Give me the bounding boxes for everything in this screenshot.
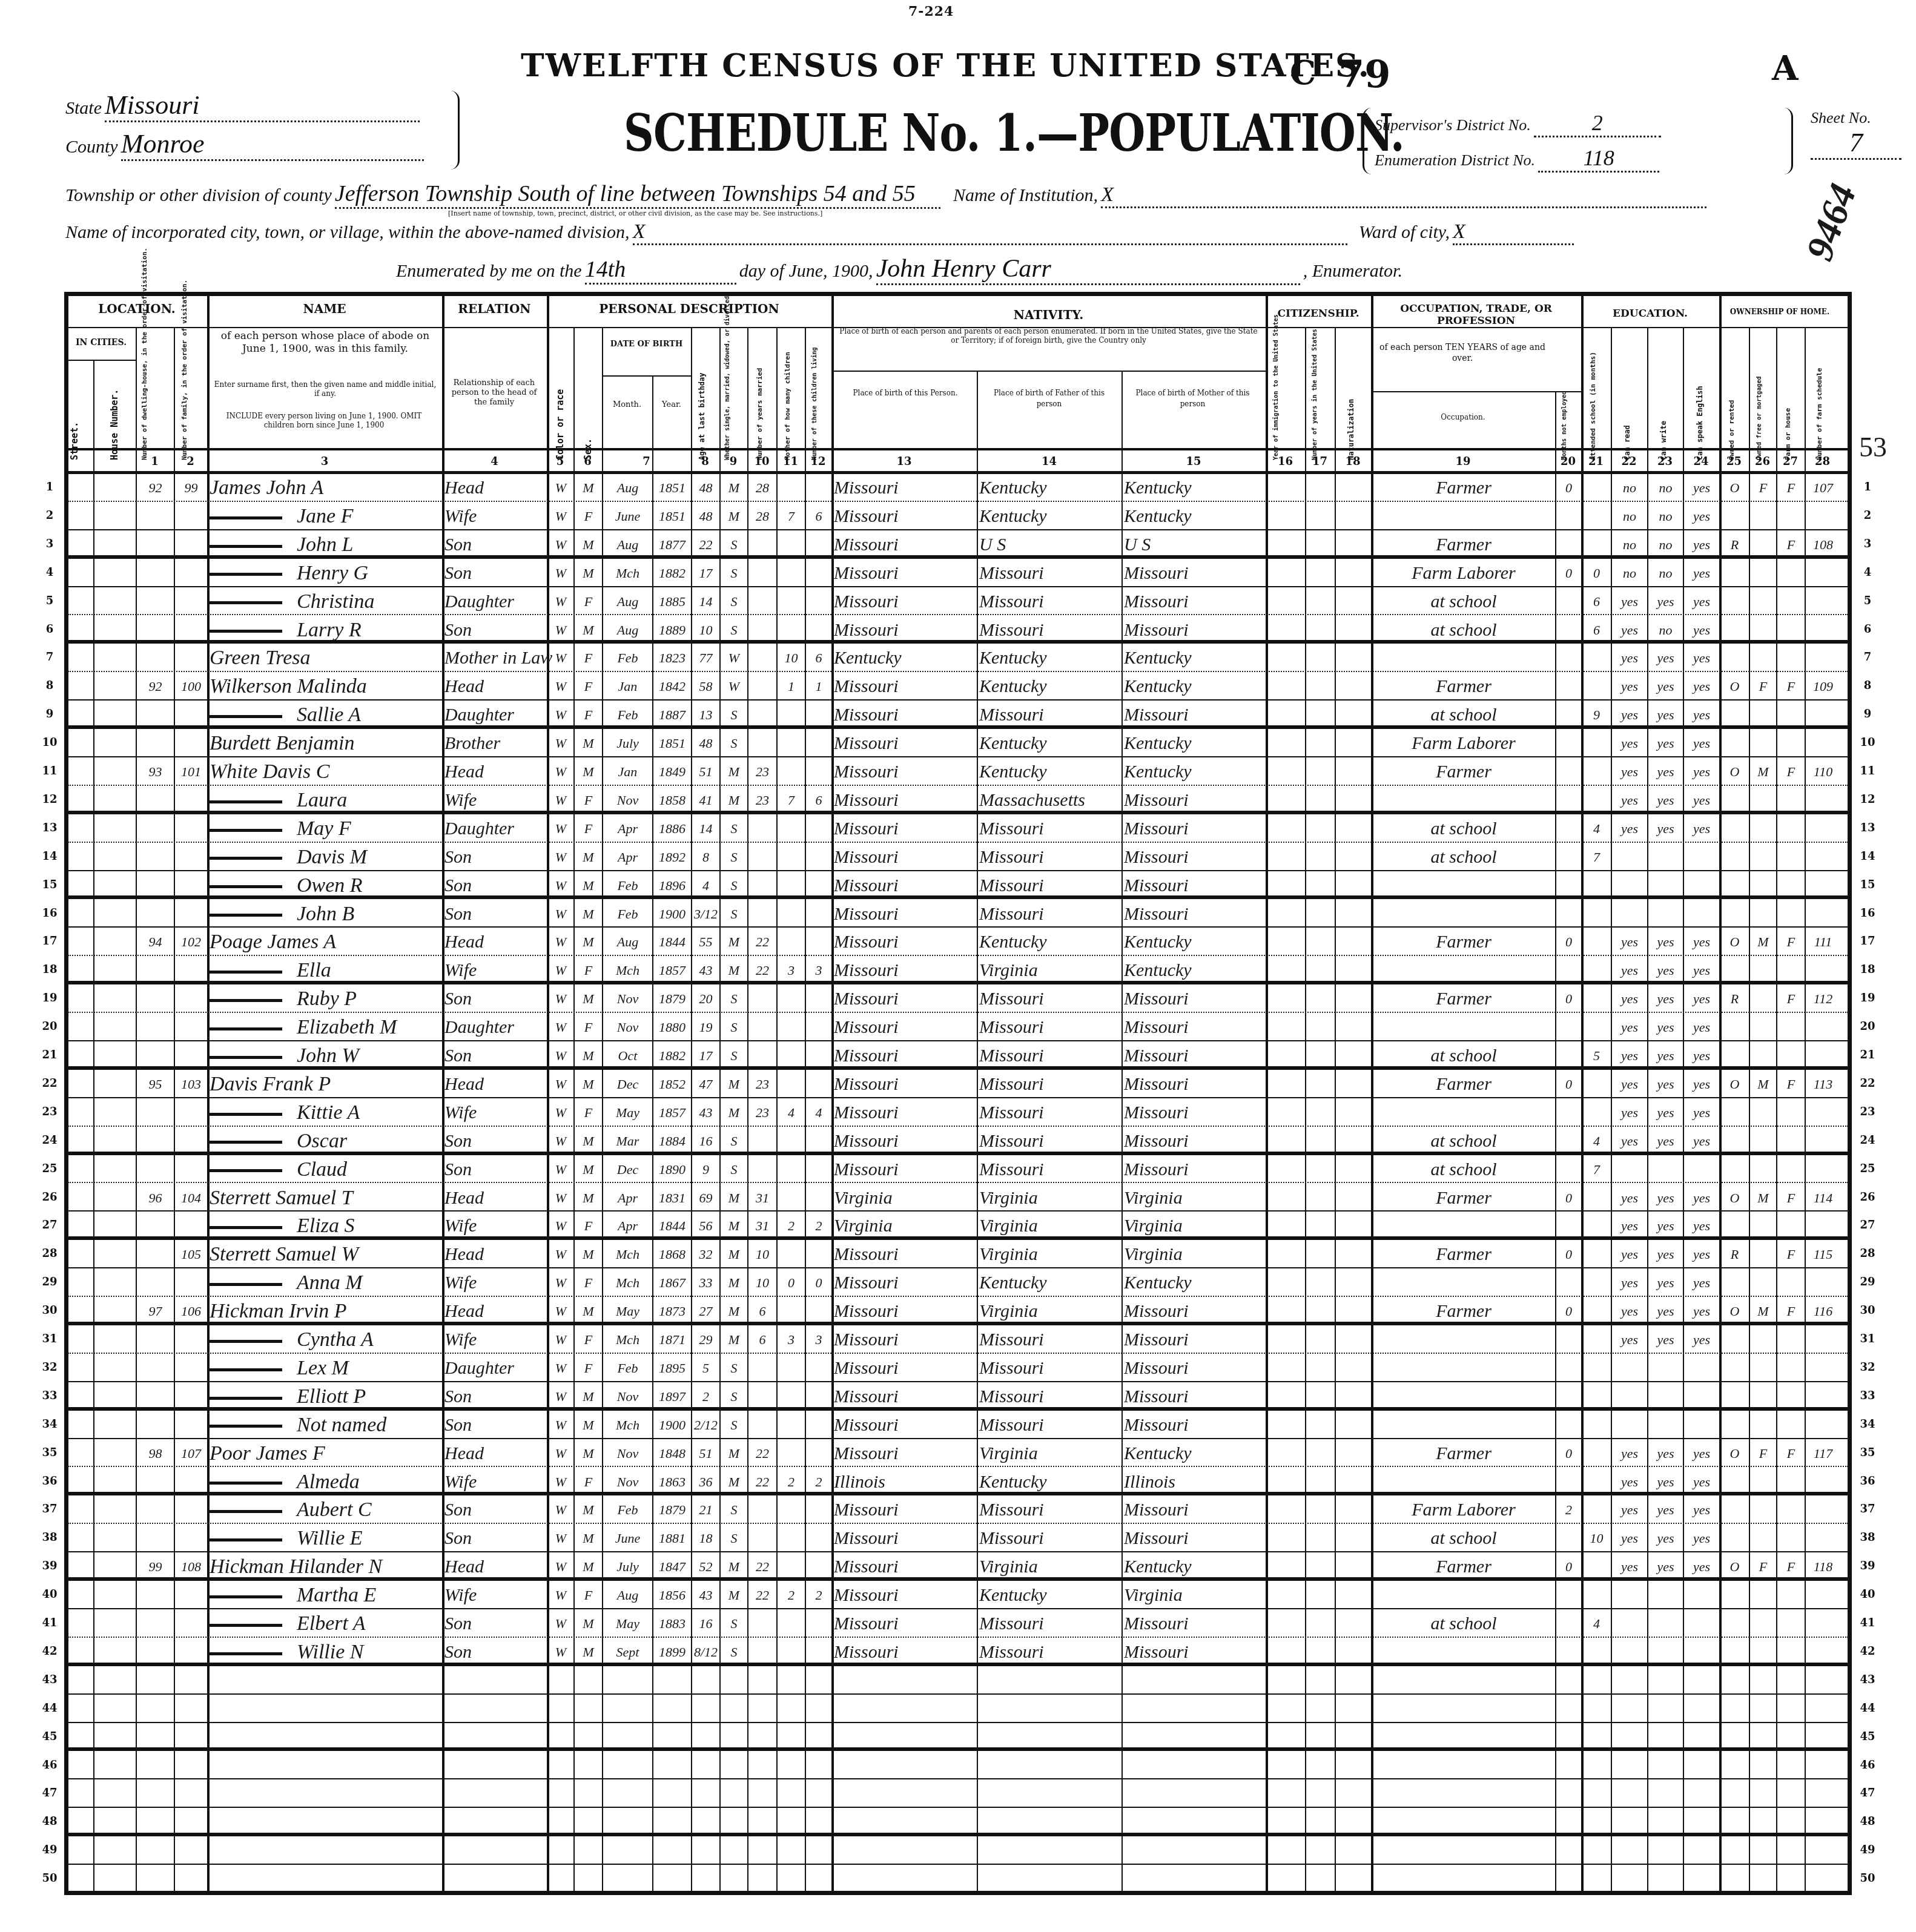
column-number: 10 xyxy=(747,455,776,468)
cell-mother: Virginia xyxy=(1124,1186,1264,1210)
cell-english: yes xyxy=(1685,731,1718,756)
cell-father: Missouri xyxy=(979,561,1120,585)
cell-farm: F xyxy=(1779,1242,1803,1267)
cell-birth: Missouri xyxy=(834,1101,976,1125)
cell-marital: S xyxy=(722,817,746,841)
cell-age: 16 xyxy=(693,1129,718,1153)
cell-year: 1900 xyxy=(655,902,690,926)
cell-sex: M xyxy=(576,930,601,954)
cell-father: Virginia xyxy=(979,1186,1120,1210)
cell-schedule xyxy=(1807,646,1839,670)
cell-color: W xyxy=(549,845,572,869)
surname-ditto-dash xyxy=(210,1027,282,1030)
table-row: EllaWifeWFMch185743M2233MissouriVirginia… xyxy=(68,956,1848,984)
cell-living xyxy=(807,902,830,926)
cell-occupation: Farmer xyxy=(1373,1186,1554,1210)
table-row: Willie ESonWMJune188118SMissouriMissouri… xyxy=(68,1524,1848,1552)
cell-sex: F xyxy=(576,504,601,529)
cell-years-married xyxy=(750,845,775,869)
cell-read: yes xyxy=(1613,987,1646,1011)
cell-family xyxy=(176,1356,206,1380)
cell-living xyxy=(807,1442,830,1466)
cell-write: yes xyxy=(1650,1101,1682,1125)
cell-schedule: 109 xyxy=(1807,674,1839,699)
cell-relation: Head xyxy=(444,674,546,699)
cell-marital: M xyxy=(722,1299,746,1324)
cell-english: yes xyxy=(1685,1214,1718,1238)
cell-father: Missouri xyxy=(979,618,1120,642)
naturalization-header: Naturalization xyxy=(1347,375,1355,460)
cell-living xyxy=(807,1413,830,1437)
cell-sex: M xyxy=(576,1072,601,1096)
cell-name: Elliott P xyxy=(210,1385,441,1409)
cell-read xyxy=(1613,1356,1646,1380)
cell-occupation: Farmer xyxy=(1373,1242,1554,1267)
cell-color: W xyxy=(549,1158,572,1182)
cell-school: 10 xyxy=(1584,1526,1610,1551)
cell-unemployed: 0 xyxy=(1558,1242,1580,1267)
cell-mother-of: 2 xyxy=(779,1214,804,1238)
cell-father: Kentucky xyxy=(979,476,1120,500)
person-name: Sallie A xyxy=(297,704,361,726)
cell-year: 1885 xyxy=(655,590,690,614)
cell-school xyxy=(1584,731,1610,756)
cell-mother: Virginia xyxy=(1124,1242,1264,1267)
cell-years-married xyxy=(750,590,775,614)
line-number-left: 7 xyxy=(38,651,62,664)
line-number-left: 41 xyxy=(38,1617,62,1629)
cell-farm xyxy=(1779,1214,1803,1238)
cell-farm xyxy=(1779,1498,1803,1522)
cell-write: yes xyxy=(1650,703,1682,727)
line-number-right: 39 xyxy=(1855,1560,1880,1572)
cell-farm xyxy=(1779,646,1803,670)
cell-farm xyxy=(1779,788,1803,813)
cell-father: Missouri xyxy=(979,1356,1120,1380)
cell-color: W xyxy=(549,1129,572,1153)
cell-name: Burdett Benjamin xyxy=(210,731,441,756)
cell-marital: M xyxy=(722,1271,746,1295)
cell-age: 33 xyxy=(693,1271,718,1295)
cell-father: Missouri xyxy=(979,845,1120,869)
person-name: Willie N xyxy=(297,1641,364,1663)
person-name: Elliott P xyxy=(297,1385,366,1408)
cell-write: yes xyxy=(1650,646,1682,670)
cell-unemployed xyxy=(1558,618,1580,642)
line-number-right: 26 xyxy=(1855,1191,1880,1204)
cell-relation: Wife xyxy=(444,1328,546,1352)
cell-english xyxy=(1685,1612,1718,1636)
cell-sex: M xyxy=(576,760,601,784)
cell-living xyxy=(807,1526,830,1551)
cell-farm xyxy=(1779,731,1803,756)
cell-birth: Missouri xyxy=(834,1498,976,1522)
cell-owned xyxy=(1722,1214,1748,1238)
table-row: 98107Poor James FHeadWMNov184851M22Misso… xyxy=(68,1439,1848,1468)
cell-english: yes xyxy=(1685,958,1718,983)
group-ownership: OWNERSHIP OF HOME. xyxy=(1719,308,1840,316)
line-number-left: 49 xyxy=(38,1844,62,1856)
cell-month: Aug xyxy=(604,1583,651,1607)
cell-father: Missouri xyxy=(979,1328,1120,1352)
cell-occupation xyxy=(1373,1385,1554,1409)
cell-schedule: 108 xyxy=(1807,533,1839,557)
empty-table-row xyxy=(68,1752,1848,1780)
cell-schedule: 114 xyxy=(1807,1186,1839,1210)
cell-read: yes xyxy=(1613,1101,1646,1125)
table-row: Willie NSonWMSept18998/12SMissouriMissou… xyxy=(68,1638,1848,1666)
cell-mother-of xyxy=(779,1498,804,1522)
cell-sex: M xyxy=(576,1299,601,1324)
cell-family: 106 xyxy=(176,1299,206,1324)
cell-owned xyxy=(1722,590,1748,614)
attended-school-header: Attended school (in months) xyxy=(1589,339,1597,460)
cell-occupation xyxy=(1373,1214,1554,1238)
cell-farm xyxy=(1779,561,1803,585)
cell-living xyxy=(807,476,830,500)
cell-unemployed: 0 xyxy=(1558,1072,1580,1096)
table-row: Larry RSonWMAug188910SMissouriMissouriMi… xyxy=(68,616,1848,644)
township-hint: [Insert name of township, town, precinct… xyxy=(448,209,822,217)
cell-school xyxy=(1584,1583,1610,1607)
cell-english: yes xyxy=(1685,1129,1718,1153)
sheet-label: Sheet No. xyxy=(1811,109,1901,127)
cell-sex: F xyxy=(576,1101,601,1125)
cell-english: yes xyxy=(1685,618,1718,642)
cell-free xyxy=(1751,1356,1775,1380)
cell-relation: Daughter xyxy=(444,817,546,841)
person-name: Davis M xyxy=(297,846,367,868)
cell-dwelling xyxy=(138,1470,173,1494)
cell-dwelling xyxy=(138,1328,173,1352)
cell-mother: Missouri xyxy=(1124,845,1264,869)
cell-year: 1892 xyxy=(655,845,690,869)
line-number-left: 45 xyxy=(38,1730,62,1743)
cell-schedule xyxy=(1807,817,1839,841)
cell-farm: F xyxy=(1779,1299,1803,1324)
cell-mother: Kentucky xyxy=(1124,760,1264,784)
cell-age: 58 xyxy=(693,674,718,699)
cell-sex: M xyxy=(576,1526,601,1551)
cell-read: yes xyxy=(1613,1526,1646,1551)
cell-age: 2 xyxy=(693,1385,718,1409)
cell-year: 1851 xyxy=(655,731,690,756)
cell-occupation: at school xyxy=(1373,1526,1554,1551)
cell-free: F xyxy=(1751,1555,1775,1579)
cell-unemployed xyxy=(1558,1214,1580,1238)
cell-english: yes xyxy=(1685,930,1718,954)
line-number-right: 47 xyxy=(1855,1787,1880,1799)
cell-living xyxy=(807,1356,830,1380)
cell-marital: S xyxy=(722,590,746,614)
cell-unemployed xyxy=(1558,1640,1580,1664)
line-number-right: 31 xyxy=(1855,1333,1880,1345)
column-number: 4 xyxy=(442,455,547,468)
line-number-right: 27 xyxy=(1855,1219,1880,1231)
cell-occupation: at school xyxy=(1373,817,1554,841)
cell-years-married: 28 xyxy=(750,476,775,500)
cell-read: yes xyxy=(1613,1242,1646,1267)
cell-farm: F xyxy=(1779,1555,1803,1579)
cell-school: 7 xyxy=(1584,1158,1610,1182)
cell-year: 1897 xyxy=(655,1385,690,1409)
cell-name: Christina xyxy=(210,590,441,614)
cell-mother-of xyxy=(779,731,804,756)
immigration-header: Year of immigration to the United States xyxy=(1273,339,1280,460)
cell-owned xyxy=(1722,504,1748,529)
line-number-right: 14 xyxy=(1855,850,1880,863)
person-name: Christina xyxy=(297,590,374,613)
cell-unemployed xyxy=(1558,788,1580,813)
line-number-right: 11 xyxy=(1855,765,1880,777)
surname-ditto-dash xyxy=(210,885,282,888)
cell-year: 1889 xyxy=(655,618,690,642)
person-name: John W xyxy=(297,1044,359,1067)
cell-year: 1896 xyxy=(655,874,690,898)
cell-relation: Head xyxy=(444,476,546,500)
cell-year: 1849 xyxy=(655,760,690,784)
group-nativity: NATIVITY. xyxy=(831,308,1266,322)
cell-age: 52 xyxy=(693,1555,718,1579)
cell-unemployed xyxy=(1558,845,1580,869)
cell-write: yes xyxy=(1650,760,1682,784)
cell-living: 1 xyxy=(807,674,830,699)
line-number-left: 27 xyxy=(38,1219,62,1231)
cell-relation: Brother xyxy=(444,731,546,756)
cell-mother: Missouri xyxy=(1124,1413,1264,1437)
cell-month: Aug xyxy=(604,476,651,500)
column-number: 1 xyxy=(136,455,174,468)
cell-dwelling xyxy=(138,1158,173,1182)
county-value: Monroe xyxy=(121,128,424,161)
cell-living xyxy=(807,1299,830,1324)
state-label: State xyxy=(65,98,102,118)
cell-name: May F xyxy=(210,817,441,841)
cell-name: Sterrett Samuel W xyxy=(210,1242,441,1267)
cell-name: Sterrett Samuel T xyxy=(210,1186,441,1210)
cell-family xyxy=(176,1101,206,1125)
cell-years-married: 10 xyxy=(750,1242,775,1267)
cell-farm xyxy=(1779,845,1803,869)
census-title: TWELFTH CENSUS OF THE UNITED STATES. xyxy=(521,47,1370,84)
cell-mother-of xyxy=(779,1356,804,1380)
cell-color: W xyxy=(549,1242,572,1267)
cell-color: W xyxy=(549,1526,572,1551)
line-number-right: 23 xyxy=(1855,1106,1880,1118)
cell-dwelling xyxy=(138,1640,173,1664)
cell-dwelling xyxy=(138,1413,173,1437)
cell-free xyxy=(1751,845,1775,869)
cell-write: yes xyxy=(1650,958,1682,983)
cell-mother: Missouri xyxy=(1124,703,1264,727)
table-row: 99108Hickman Hilander NHeadWMJuly184752M… xyxy=(68,1552,1848,1581)
surname-ditto-dash xyxy=(210,1538,282,1541)
cell-father: Kentucky xyxy=(979,646,1120,670)
line-number-left: 25 xyxy=(38,1162,62,1175)
cell-year: 1887 xyxy=(655,703,690,727)
cell-birth: Missouri xyxy=(834,1640,976,1664)
cell-mother-of: 10 xyxy=(779,646,804,670)
cell-school xyxy=(1584,987,1610,1011)
cell-year: 1852 xyxy=(655,1072,690,1096)
line-number-left: 43 xyxy=(38,1673,62,1686)
cell-name: Willie N xyxy=(210,1640,441,1664)
cell-birth: Missouri xyxy=(834,930,976,954)
cell-unemployed: 0 xyxy=(1558,987,1580,1011)
cell-mother-of xyxy=(779,1015,804,1040)
person-name: Owen R xyxy=(297,874,363,897)
cell-school xyxy=(1584,1498,1610,1522)
cell-relation: Son xyxy=(444,1158,546,1182)
table-row: Davis MSonWMApr18928SMissouriMissouriMis… xyxy=(68,843,1848,871)
line-number-right: 48 xyxy=(1855,1815,1880,1828)
cell-farm xyxy=(1779,1583,1803,1607)
cell-sex: F xyxy=(576,1328,601,1352)
cell-year: 1879 xyxy=(655,987,690,1011)
table-row: Elliott PSonWMNov18972SMissouriMissouriM… xyxy=(68,1382,1848,1411)
cell-occupation: at school xyxy=(1373,1158,1554,1182)
table-row: Elbert ASonWMMay188316SMissouriMissouriM… xyxy=(68,1609,1848,1638)
cell-dwelling xyxy=(138,902,173,926)
cell-farm xyxy=(1779,817,1803,841)
cell-english: yes xyxy=(1685,646,1718,670)
cell-school xyxy=(1584,1015,1610,1040)
cell-family xyxy=(176,1640,206,1664)
cell-school xyxy=(1584,902,1610,926)
group-in-cities: IN CITIES. xyxy=(67,338,136,348)
rule xyxy=(207,327,1852,328)
person-name: Claud xyxy=(297,1158,347,1181)
cell-read: no xyxy=(1613,476,1646,500)
farm-schedule-header: Number of farm schedule xyxy=(1815,339,1823,460)
cell-read: yes xyxy=(1613,958,1646,983)
line-number-right: 13 xyxy=(1855,822,1880,834)
cell-school xyxy=(1584,674,1610,699)
cell-owned xyxy=(1722,1328,1748,1352)
line-number-left: 46 xyxy=(38,1759,62,1772)
cell-write xyxy=(1650,902,1682,926)
cell-write xyxy=(1650,845,1682,869)
free-mortgaged-header: Owned free or mortgaged xyxy=(1756,339,1763,460)
surname-ditto-dash xyxy=(210,715,282,718)
cell-birth: Missouri xyxy=(834,1555,976,1579)
cell-age: 2/12 xyxy=(693,1413,718,1437)
cell-year: 1881 xyxy=(655,1526,690,1551)
cell-free xyxy=(1751,703,1775,727)
cell-occupation xyxy=(1373,1413,1554,1437)
cell-father: Missouri xyxy=(979,1498,1120,1522)
cell-write xyxy=(1650,1413,1682,1437)
cell-age: 22 xyxy=(693,533,718,557)
cell-name: John W xyxy=(210,1044,441,1068)
cell-month: Feb xyxy=(604,874,651,898)
cell-free xyxy=(1751,1015,1775,1040)
cell-age: 56 xyxy=(693,1214,718,1238)
birth-mother-label: Place of birth of Mother of this person xyxy=(1128,387,1258,409)
cell-marital: M xyxy=(722,504,746,529)
cell-color: W xyxy=(549,1015,572,1040)
cell-month: May xyxy=(604,1612,651,1636)
cell-mother-of xyxy=(779,1242,804,1267)
cell-schedule xyxy=(1807,731,1839,756)
line-number-right: 30 xyxy=(1855,1304,1880,1317)
cell-free xyxy=(1751,646,1775,670)
cell-year: 1871 xyxy=(655,1328,690,1352)
cell-age: 48 xyxy=(693,504,718,529)
table-row: Not namedSonWMMch19002/12SMissouriMissou… xyxy=(68,1411,1848,1439)
cell-mother: Missouri xyxy=(1124,561,1264,585)
cell-farm xyxy=(1779,1129,1803,1153)
surname-ditto-dash xyxy=(210,516,282,519)
cell-years-married: 31 xyxy=(750,1186,775,1210)
name-instruction-1: Enter surname first, then the given name… xyxy=(213,380,437,398)
cell-age: 17 xyxy=(693,1044,718,1068)
house-number-header: House Number. xyxy=(109,363,120,460)
cell-years-married: 22 xyxy=(750,1442,775,1466)
cell-living xyxy=(807,1498,830,1522)
cell-free xyxy=(1751,1044,1775,1068)
cell-english: yes xyxy=(1685,1526,1718,1551)
cell-family xyxy=(176,1015,206,1040)
cell-name: White Davis C xyxy=(210,760,441,784)
cell-month: Apr xyxy=(604,817,651,841)
cell-relation: Son xyxy=(444,1413,546,1437)
cell-read: yes xyxy=(1613,788,1646,813)
cell-relation: Son xyxy=(444,533,546,557)
cell-unemployed: 2 xyxy=(1558,1498,1580,1522)
cell-unemployed xyxy=(1558,1044,1580,1068)
surname-ditto-dash xyxy=(210,1169,282,1172)
cell-read: yes xyxy=(1613,1328,1646,1352)
cell-mother-of xyxy=(779,930,804,954)
cell-mother: Kentucky xyxy=(1124,646,1264,670)
cell-farm xyxy=(1779,703,1803,727)
cell-month: May xyxy=(604,1101,651,1125)
cell-schedule xyxy=(1807,1640,1839,1664)
table-row: OscarSonWMMar188416SMissouriMissouriMiss… xyxy=(68,1127,1848,1155)
cell-owned xyxy=(1722,703,1748,727)
cell-month: Aug xyxy=(604,533,651,557)
cell-schedule xyxy=(1807,1413,1839,1437)
cell-age: 48 xyxy=(693,476,718,500)
line-number-right: 20 xyxy=(1855,1020,1880,1033)
cell-sex: M xyxy=(576,902,601,926)
cell-dwelling xyxy=(138,1356,173,1380)
cell-father: Massachusetts xyxy=(979,788,1120,813)
cell-farm: F xyxy=(1779,533,1803,557)
cell-relation: Daughter xyxy=(444,1356,546,1380)
cell-birth: Missouri xyxy=(834,1328,976,1352)
cell-living: 4 xyxy=(807,1101,830,1125)
cell-name: Martha E xyxy=(210,1583,441,1607)
cell-family xyxy=(176,845,206,869)
cell-occupation xyxy=(1373,788,1554,813)
cell-years-married xyxy=(750,874,775,898)
cell-birth: Missouri xyxy=(834,1072,976,1096)
cell-read: yes xyxy=(1613,760,1646,784)
column-number: 5 xyxy=(547,455,573,468)
cell-years-married: 22 xyxy=(750,1555,775,1579)
cell-name: Anna M xyxy=(210,1271,441,1295)
cell-write: yes xyxy=(1650,1186,1682,1210)
cell-living xyxy=(807,817,830,841)
cell-english xyxy=(1685,902,1718,926)
cell-month: Jan xyxy=(604,760,651,784)
cell-schedule xyxy=(1807,902,1839,926)
cell-birth: Missouri xyxy=(834,1442,976,1466)
cell-family xyxy=(176,1129,206,1153)
cell-family xyxy=(176,1044,206,1068)
